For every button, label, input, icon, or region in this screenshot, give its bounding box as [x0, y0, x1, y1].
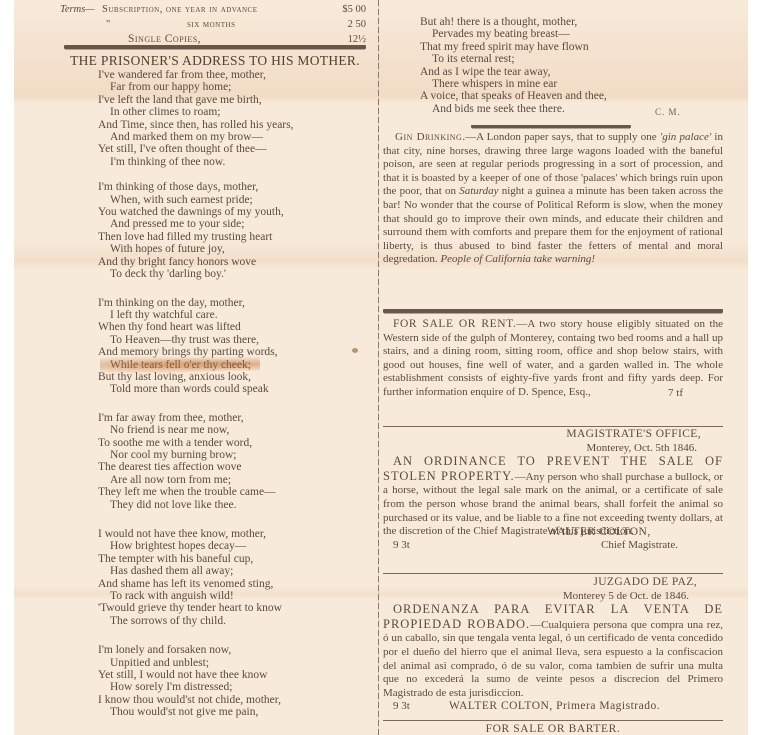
notice-signer: WALTER COLTON,: [547, 526, 651, 540]
notice-code: 9 3t: [393, 700, 410, 714]
heavy-rule: [64, 45, 366, 49]
gin-drinking-article: Gin Drinking.—A London paper says, that …: [383, 131, 723, 267]
ditto-mark: ": [106, 17, 110, 32]
poem-line: And shame has left its venomed sting,: [98, 578, 293, 590]
poem-line: I'm lonely and forsaken now,: [98, 644, 293, 656]
poem-line: I would not have thee know, mother,: [98, 528, 293, 540]
thin-rule: [383, 573, 723, 574]
poem-stanza: I've wandered far from thee, mother, Far…: [98, 69, 293, 168]
terms-row-amount: $5 00: [342, 2, 366, 17]
poem-line: No friend is near me now,: [98, 424, 293, 436]
terms-row: " six months 2 50: [60, 17, 370, 32]
poem-line: The tempter with his baneful cup,: [98, 553, 293, 565]
poem-line: The sorrows of thy child.: [98, 615, 293, 627]
notice-office: JUZGADO DE PAZ,: [383, 576, 723, 590]
poem-line: I'm thinking of thee now.: [98, 156, 293, 168]
article-head: Gin Drinking: [383, 131, 462, 143]
ink-speck: [352, 348, 358, 353]
terms-row-label: six months: [187, 17, 235, 32]
poem-stanza: I'm far away from thee, mother, No frien…: [98, 412, 293, 511]
poem-line: Then love had filled my trusting heart: [98, 231, 293, 243]
poem-line: To deck thy 'darling boy.': [98, 268, 293, 280]
poem-signature: C. M.: [655, 107, 681, 117]
poem-line: How brightest hopes decay—: [98, 540, 293, 552]
thin-rule: [383, 720, 723, 721]
poem-line: And memory brings thy parting words,: [98, 346, 293, 358]
poem-line: To rack with anguish wild!: [98, 590, 293, 602]
magistrate-notice: MAGISTRATE'S OFFICE, Monterey, Oct. 5th …: [383, 428, 723, 553]
poem-line: And as I wipe the tear away,: [420, 66, 607, 78]
poem-line: When thy fond heart was lifted: [98, 321, 293, 333]
subscription-terms: Terms— Subscription, one year in advance…: [60, 2, 370, 47]
heavy-rule: [471, 125, 631, 128]
article-text: .—A London paper says, that to supply on…: [462, 131, 660, 143]
terms-row-label: Subscription, one year in advance: [102, 2, 258, 17]
notice-code: 9 3t: [393, 539, 410, 553]
poem-continuation: But ah! there is a thought, mother, Perv…: [420, 16, 607, 115]
barter-ad-head: FOR SALE OR BARTER.: [383, 723, 723, 735]
poem-line: Has dashed them all away;: [98, 565, 293, 577]
poem-line: Told more than words could speak: [98, 383, 293, 395]
poem-line: Yet still, I've often thought of thee—: [98, 143, 293, 155]
poem-body: I've wandered far from thee, mother, Far…: [98, 69, 293, 719]
notice-dateline: Monterey 5 de Oct. de 1846.: [383, 590, 723, 604]
poem-line: 'Twould grieve thy tender heart to know: [98, 602, 293, 614]
article-italic: Saturday: [459, 185, 498, 197]
poem-line: But ah! there is a thought, mother,: [420, 16, 607, 28]
poem-stanza: I'm thinking on the day, mother, I left …: [98, 297, 293, 396]
poem-line: That my freed spirit may have flown: [420, 41, 607, 53]
terms-row-amount: 2 50: [348, 17, 366, 32]
poem-line: You watched the dawnings of my youth,: [98, 206, 293, 218]
for-sale-or-rent-ad: FOR SALE OR RENT.—A two story house elig…: [383, 318, 723, 400]
poem-line: Unpitied and unblest;: [98, 657, 293, 669]
poem-line: Far from our happy home;: [98, 81, 293, 93]
poem-line: They left me when the trouble came—: [98, 486, 293, 498]
poem-line: To its eternal rest;: [420, 53, 607, 65]
notice-footer-row: 9 3t Chief Magistrate.: [383, 539, 723, 553]
poem-line: Yet still, I would not have thee know: [98, 669, 293, 681]
poem-line: To Heaven—thy trust was there,: [98, 334, 293, 346]
poem-line: I've left the land that gave me birth,: [98, 94, 293, 106]
poem-line: The dearest ties affection wove: [98, 461, 293, 473]
column-divider: [378, 0, 379, 735]
poem-line: But thy last loving, anxious look,: [98, 371, 293, 383]
poem-line: Are all now torn from me;: [98, 474, 293, 486]
poem-line: Nor cool my burning brow;: [98, 449, 293, 461]
poem-title: THE PRISONER'S ADDRESS TO HIS MOTHER.: [60, 53, 370, 69]
terms-label: Terms—: [60, 2, 95, 17]
heavy-rule: [383, 309, 723, 313]
poem-stanza: I'm thinking of those days, mother, When…: [98, 181, 293, 280]
poem-line: To soothe me with a tender word,: [98, 437, 293, 449]
poem-line: And pressed me to your side;: [98, 218, 293, 230]
notice-signer-row: WALTER COLTON,: [383, 526, 723, 539]
ad-head: FOR SALE OR RENT.: [383, 318, 516, 330]
thin-rule: [383, 426, 723, 427]
poem-line: And marked them on my brow—: [98, 131, 293, 143]
notice-body: ORDENANZA PARA EVITAR LA VENTA DE PROPIE…: [383, 603, 723, 700]
poem-line: And bids me seek thee there.: [420, 103, 607, 115]
poem-line: And Time, since then, has rolled his yea…: [98, 119, 293, 131]
poem-line: There whispers in mine ear: [420, 78, 607, 90]
poem-stanza: I'm lonely and forsaken now, Unpitied an…: [98, 644, 293, 718]
notice-footer-row: 9 3t WALTER COLTON, Primera Magistrado.: [383, 700, 723, 714]
poem-line: Pervades my beating breast—: [420, 28, 607, 40]
poem-line: I've wandered far from thee, mother,: [98, 69, 293, 81]
poem-line: I'm far away from thee, mother,: [98, 412, 293, 424]
notice-dateline: Monterey, Oct. 5th 1846.: [383, 442, 723, 456]
terms-row: Terms— Subscription, one year in advance…: [60, 2, 370, 17]
poem-stanza: I would not have thee know, mother, How …: [98, 528, 293, 627]
poem-line: I left thy watchful care.: [98, 309, 293, 321]
poem-line: I'm thinking on the day, mother,: [98, 297, 293, 309]
juzgado-notice: JUZGADO DE PAZ, Monterey 5 de Oct. de 18…: [383, 576, 723, 714]
article-italic: 'gin palace': [660, 131, 711, 143]
poem-line: And thy bright fancy honors wove: [98, 256, 293, 268]
poem-line: When, with such earnest pride;: [98, 194, 293, 206]
poem-line: Thou would'st not give me pain,: [98, 706, 293, 718]
poem-line: With hopes of future joy,: [98, 243, 293, 255]
poem-line: I'm thinking of those days, mother,: [98, 181, 293, 193]
poem-line: I know thou would'st not chide, mother,: [98, 694, 293, 706]
poem-line: They did not love like thee.: [98, 499, 293, 511]
notice-office: MAGISTRATE'S OFFICE,: [383, 428, 723, 442]
poem-line: While tears fell o'er thy cheek;: [98, 359, 293, 371]
article-italic: People of California take warning!: [440, 253, 595, 265]
poem-line: How sorely I'm distressed;: [98, 681, 293, 693]
notice-signer: WALTER COLTON, Primera Magistrado.: [449, 700, 660, 714]
poem-line: A voice, that speaks of Heaven and thee,: [420, 90, 607, 102]
notice-title: Chief Magistrate.: [601, 539, 678, 553]
poem-line: In other climes to roam;: [98, 106, 293, 118]
